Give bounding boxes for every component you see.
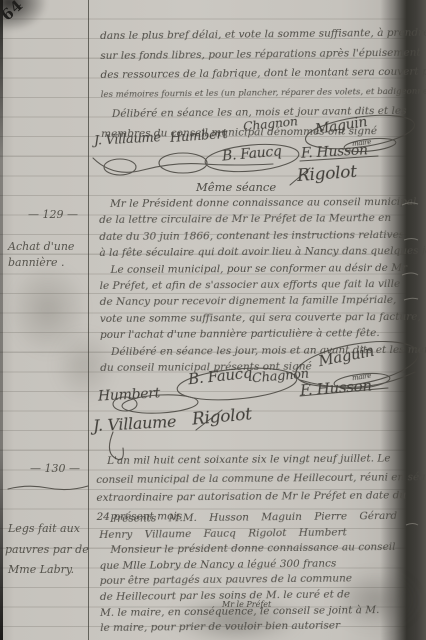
signature-husson: F. Husson (299, 377, 372, 400)
margin-note-line: Achat d'une (8, 240, 74, 253)
margin-note-line: bannière . (8, 256, 65, 269)
manuscript-line: L'an mil huit cent soixante six le vingt… (96, 449, 426, 471)
manuscript-line: pour l'achat d'une bannière particulière… (100, 325, 426, 344)
signature-villaume: J. Villaume (93, 412, 177, 435)
signature-rigolot: Rigolot (191, 404, 252, 429)
manuscript-line: le maire, pour prier de vouloir bien aut… (100, 618, 398, 637)
margin-note-line: Legs fait aux (8, 522, 80, 535)
margin-entry-number: — 130 — (30, 462, 80, 475)
margin-note-line: Mme Labry. (8, 563, 74, 576)
manuscript-line: de Nancy pour recevoir dignement la fami… (100, 292, 426, 311)
manuscript-line: à la fête séculaire qui doit avoir lieu … (99, 243, 426, 262)
binding-edge (0, 0, 3, 640)
interlinear-insertion: Mr le Préfet (222, 600, 271, 609)
margin-entry-number: — 129 — (28, 208, 78, 221)
signature-villaume: J. Villaume (94, 130, 162, 148)
manuscript-line: dans le plus bref délai, et vote la somm… (100, 23, 426, 47)
signature-humbert: Humbert (98, 385, 161, 404)
paragraph-129: Mr le Président donne connaissance au co… (99, 194, 426, 377)
margin-note-line: pauvres par de (5, 543, 89, 556)
manuscript-line: extraordinaire par autorisation de Mr le… (96, 486, 426, 508)
signature-faucq: B. Faucq (221, 143, 282, 164)
signature-husson: F. Husson (301, 142, 369, 161)
scanned-register-page: 64 dans le plus bref délai, et vote la s… (0, 0, 426, 640)
manuscript-line: de la lettre circulaire de Mr le Préfet … (99, 210, 426, 229)
paragraph-130-body: Présents M.M. Husson Maguin Pierre Gérar… (99, 509, 398, 637)
section-heading: Même séance (196, 180, 276, 194)
manuscript-line: Monsieur le président donne connaissance… (99, 540, 397, 559)
manuscript-line: Délibéré en séance les jour, mois et an … (100, 341, 426, 360)
signature-rigolot: Rigolot (296, 162, 357, 186)
manuscript-line: Présents M.M. Husson Maguin Pierre Gérar… (99, 509, 397, 528)
